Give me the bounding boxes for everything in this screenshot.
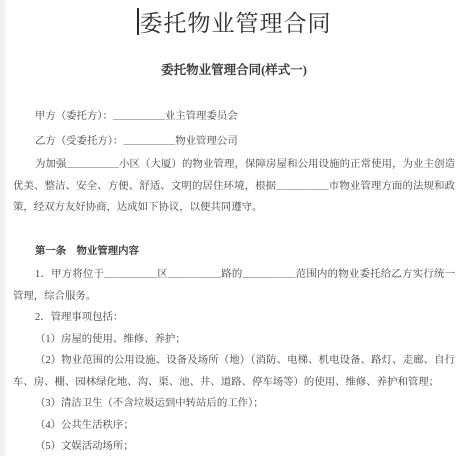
document-title-text: 委托物业管理合同 [140, 11, 332, 36]
party-a-line: 甲方（委托方）：＿＿＿＿＿业主管理委员会 [13, 106, 455, 128]
text-cursor-caret [137, 8, 139, 35]
management-item-1: （1）房屋的使用、维修、养护； [13, 329, 455, 351]
management-item-4: （4）公共生活秩序； [13, 415, 455, 437]
document-subtitle: 委托物业管理合同(样式一) [13, 60, 455, 82]
contract-document-page: 委托物业管理合同 委托物业管理合同(样式一) 甲方（委托方）：＿＿＿＿＿业主管理… [0, 8, 465, 456]
document-title: 委托物业管理合同 [13, 8, 455, 40]
article-1-clause-1: 1．甲方将位于＿＿＿＿＿区＿＿＿＿＿路的＿＿＿＿＿范围内的物业委托给乙方实行统一… [13, 264, 455, 307]
management-item-5: （5）文娱活动场所； [13, 436, 455, 456]
management-item-3: （3）清洁卫生（不含垃圾运到中转站后的工作）； [13, 393, 455, 415]
article-1-heading: 第一条 物业管理内容 [13, 241, 455, 263]
party-b-line: 乙方（受委托方）：＿＿＿＿＿物业管理公司 [13, 131, 455, 153]
article-1-clause-2: 2．管理事项包括： [13, 307, 455, 329]
management-item-2: （2）物业范围的公用设施、设备及场所（地）（消防、电梯、机电设备、路灯、走廊、自… [13, 350, 455, 393]
preamble-paragraph: 为加强＿＿＿＿＿小区（大厦）的物业管理，保障房屋和公用设施的正常使用，为业主创造… [13, 154, 455, 219]
